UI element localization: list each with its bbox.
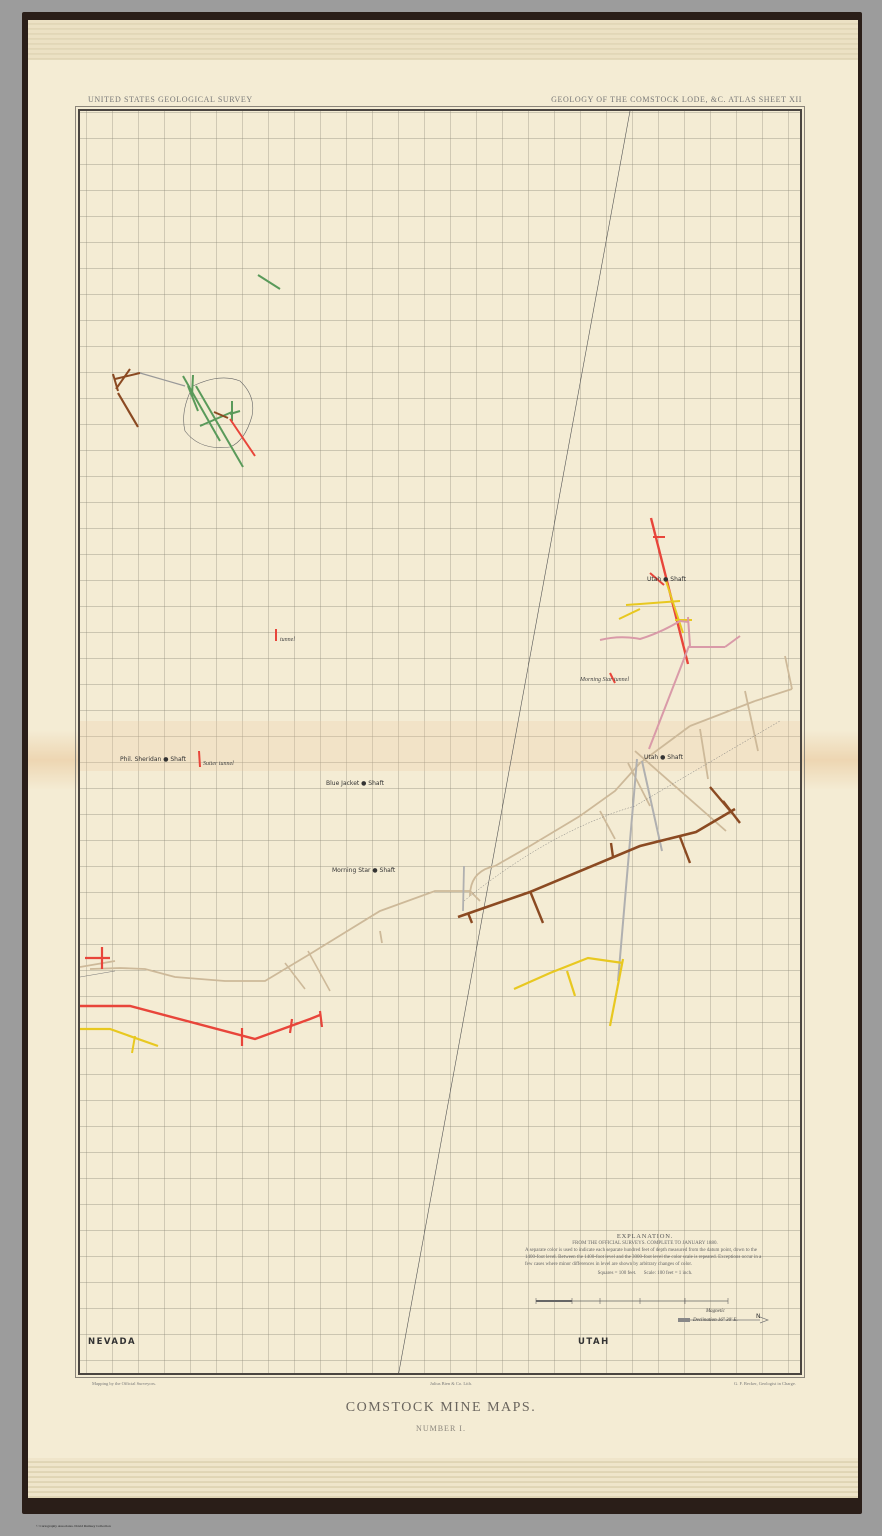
page-edges-top [28, 20, 858, 60]
sutter-tunnel-label: Sutter tunnel [203, 761, 234, 767]
copyright-note: © Cartography Associates. David Rumsey C… [36, 1524, 111, 1528]
header-survey: United States Geological Survey [88, 95, 253, 104]
explanation-subtitle: FROM THE OFFICIAL SURVEYS. COMPLETE TO J… [525, 1240, 765, 1247]
north-label: N [756, 1313, 761, 1320]
explanation-title: EXPLANATION. [525, 1233, 765, 1240]
explanation-body: A separate color is used to indicate eac… [525, 1247, 765, 1268]
tunnel-label: tunnel [280, 637, 295, 643]
lithographer-credit: Julius Bien & Co. Lith. [430, 1381, 472, 1386]
map-title: COMSTOCK MINE MAPS. [0, 1400, 882, 1416]
page-edges-bottom [28, 1458, 858, 1498]
magnetic-label: Magnetic [706, 1309, 725, 1314]
map-frame: Phil. Sheridan ● Shaft Sutter tunnel Blu… [78, 109, 802, 1375]
morning-star-shaft-label: Morning Star ● Shaft [332, 867, 395, 874]
utah-shaft-lower-label: Utah ● Shaft [644, 754, 683, 761]
map-canvas [80, 111, 802, 1375]
mapping-credit: Mapping by the Official Surveyors. [92, 1381, 156, 1386]
blue-jacket-shaft-label: Blue Jacket ● Shaft [326, 780, 384, 787]
utah-shaft-upper-label: Utah ● Shaft [647, 576, 686, 583]
nevada-label: NEVADA [88, 1337, 136, 1347]
morning-star-tunnel-label: Morning Star tunnel [580, 677, 629, 683]
geologist-credit: G. F. Becker, Geologist in Charge. [734, 1381, 796, 1386]
squares-note: Squares = 100 feet. [598, 1271, 637, 1276]
map-subtitle: NUMBER I. [0, 1424, 882, 1433]
header-sheet: Geology of the Comstock Lode, &c. Atlas … [551, 95, 802, 104]
scale-note: Scale: 100 feet = 1 inch. [644, 1271, 693, 1276]
utah-label: UTAH [578, 1337, 610, 1347]
declination-label: Declination 16° 30' E. [693, 1318, 738, 1323]
phil-sheridan-shaft-label: Phil. Sheridan ● Shaft [120, 756, 186, 763]
explanation-legend: EXPLANATION. FROM THE OFFICIAL SURVEYS. … [525, 1233, 765, 1277]
